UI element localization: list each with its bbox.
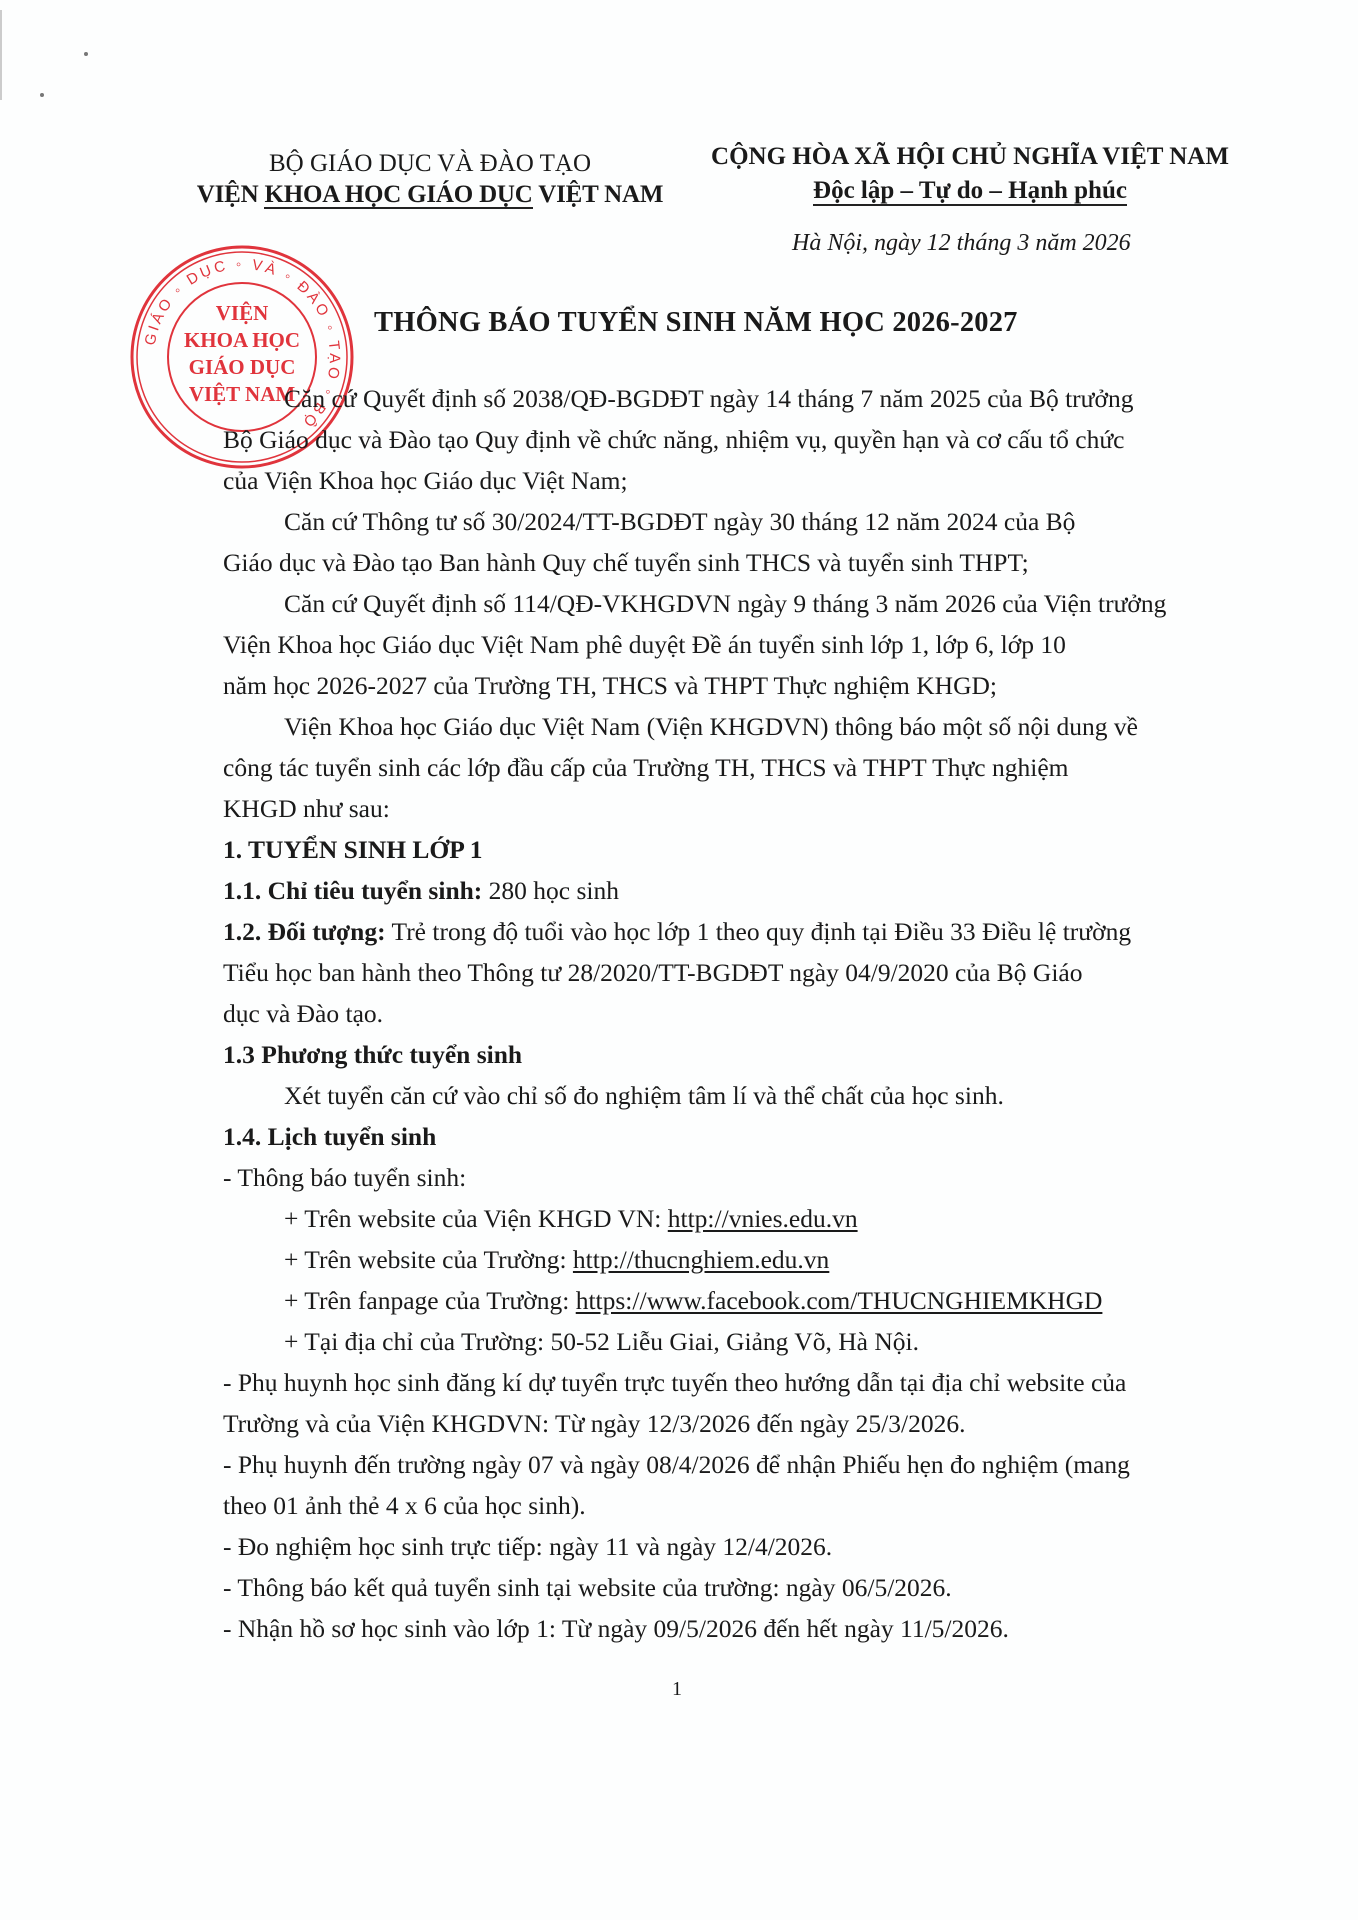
subsection-heading: 1.4. Lịch tuyển sinh [223, 1122, 436, 1152]
subsection-heading: 1.3 Phương thức tuyển sinh [223, 1040, 522, 1070]
intro-line: công tác tuyển sinh các lớp đầu cấp của … [223, 753, 1068, 783]
channel-item: + Trên website của Trường: http://thucng… [284, 1245, 829, 1275]
schedule-line: Trường và của Viện KHGDVN: Từ ngày 12/3/… [223, 1409, 965, 1439]
institute-website-link[interactable]: http://vnies.edu.vn [668, 1204, 858, 1233]
schedule-line: - Phụ huynh học sinh đăng kí dự tuyển tr… [223, 1368, 1126, 1398]
legal-basis-line: của Viện Khoa học Giáo dục Việt Nam; [223, 466, 628, 496]
legal-basis-line: năm học 2026-2027 của Trường TH, THCS và… [223, 671, 997, 701]
fanpage-link[interactable]: https://www.facebook.com/THUCNGHIEMKHGD [576, 1286, 1103, 1315]
schedule-line: - Thông báo kết quả tuyển sinh tại websi… [223, 1573, 952, 1603]
method-text: Xét tuyển căn cứ vào chỉ số đo nghiệm tâ… [284, 1081, 1004, 1111]
legal-basis-line: Bộ Giáo dục và Đào tạo Quy định về chức … [223, 425, 1125, 455]
place-date: Hà Nội, ngày 12 tháng 3 năm 2026 [792, 230, 1131, 257]
schedule-line: - Nhận hồ sơ học sinh vào lớp 1: Từ ngày… [223, 1614, 1009, 1644]
legal-basis-line: Căn cứ Thông tư số 30/2024/TT-BGDĐT ngày… [284, 507, 1075, 537]
svg-text:VIỆN: VIỆN [216, 301, 269, 325]
channel-item: + Trên fanpage của Trường: https://www.f… [284, 1286, 1102, 1316]
intro-line: KHGD như sau: [223, 794, 390, 824]
school-website-link[interactable]: http://thucnghiem.edu.vn [573, 1245, 829, 1274]
schedule-line: theo 01 ảnh thẻ 4 x 6 của học sinh). [223, 1491, 586, 1521]
legal-basis-line: Căn cứ Quyết định số 2038/QĐ-BGDĐT ngày … [284, 384, 1133, 414]
svg-text:VIỆT NAM: VIỆT NAM [189, 382, 296, 406]
institute-name: VIỆN KHOA HỌC GIÁO DỤC VIỆT NAM [180, 179, 680, 210]
target-line: Tiểu học ban hành theo Thông tư 28/2020/… [223, 958, 1083, 988]
quota-line: 1.1. Chỉ tiêu tuyển sinh: 280 học sinh [223, 876, 619, 906]
channel-item: + Trên website của Viện KHGD VN: http://… [284, 1204, 858, 1234]
issuing-agency: BỘ GIÁO DỤC VÀ ĐÀO TẠO VIỆN KHOA HỌC GIÁ… [180, 148, 680, 210]
svg-text:KHOA HỌC: KHOA HỌC [184, 328, 300, 352]
target-line: 1.2. Đối tượng: Trẻ trong độ tuổi vào họ… [223, 917, 1131, 947]
legal-basis-line: Căn cứ Quyết định số 114/QĐ-VKHGDVN ngày… [284, 589, 1166, 619]
scan-edge [0, 10, 2, 100]
schedule-line: - Phụ huynh đến trường ngày 07 và ngày 0… [223, 1450, 1130, 1480]
legal-basis-line: Viện Khoa học Giáo dục Việt Nam phê duyệ… [223, 630, 1066, 660]
intro-line: Viện Khoa học Giáo dục Việt Nam (Viện KH… [284, 712, 1138, 742]
legal-basis-line: Giáo dục và Đào tạo Ban hành Quy chế tuy… [223, 548, 1029, 578]
scan-speck [40, 93, 44, 97]
national-heading: CỘNG HÒA XÃ HỘI CHỦ NGHĨA VIỆT NAM Độc l… [690, 140, 1250, 208]
section-heading: 1. TUYỂN SINH LỚP 1 [223, 835, 483, 865]
announce-label: - Thông báo tuyển sinh: [223, 1163, 466, 1193]
channel-item: + Tại địa chỉ của Trường: 50-52 Liễu Gia… [284, 1327, 919, 1357]
svg-text:GIÁO DỤC: GIÁO DỤC [189, 355, 296, 379]
country-name: CỘNG HÒA XÃ HỘI CHỦ NGHĨA VIỆT NAM [690, 140, 1250, 174]
document-title: THÔNG BÁO TUYỂN SINH NĂM HỌC 2026-2027 [374, 307, 1018, 339]
page-number: 1 [672, 1678, 682, 1701]
national-motto: Độc lập – Tự do – Hạnh phúc [813, 178, 1127, 206]
scan-speck [84, 52, 88, 56]
ministry-name: BỘ GIÁO DỤC VÀ ĐÀO TẠO [180, 148, 680, 179]
target-line: dục và Đào tạo. [223, 999, 383, 1029]
schedule-line: - Đo nghiệm học sinh trực tiếp: ngày 11 … [223, 1532, 832, 1562]
